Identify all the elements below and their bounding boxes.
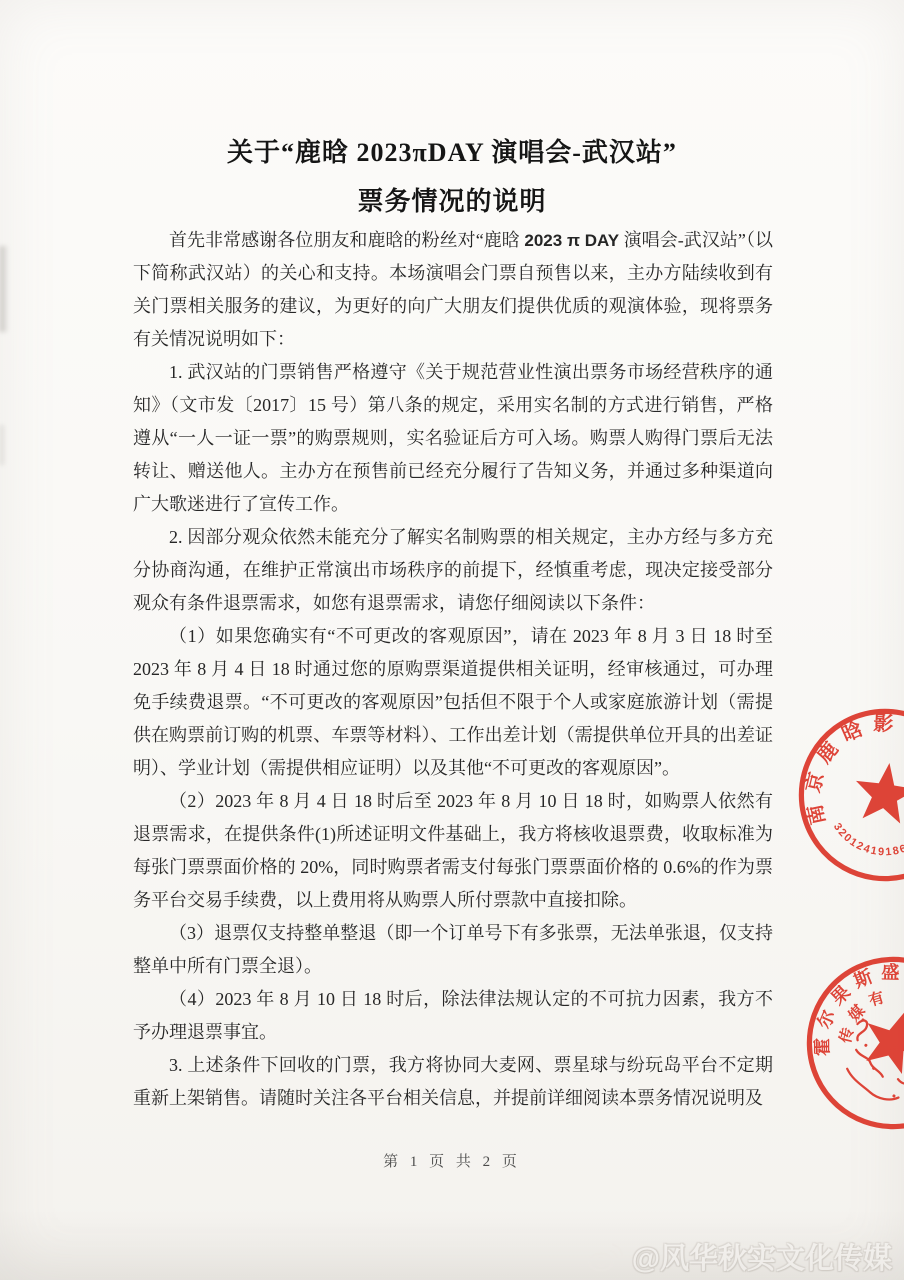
document-body: 首先非常感谢各位朋友和鹿晗的粉丝对“鹿晗 2023 π DAY 演唱会-武汉站”… xyxy=(133,224,773,1115)
intro-paragraph: 首先非常感谢各位朋友和鹿晗的粉丝对“鹿晗 2023 π DAY 演唱会-武汉站”… xyxy=(133,224,773,356)
red-seal-horgos-media-stamp: 霍尔果斯盛 传媒有 xyxy=(771,921,904,1165)
paragraph-condition-1-free-refund: （1）如果您确实有“不可更改的客观原因”，请在 2023 年 8 月 3 日 1… xyxy=(133,620,773,785)
paragraph-rule-2-refund-intro: 2. 因部分观众依然未能充分了解实名制购票的相关规定，主办方经与多方充分协商沟通… xyxy=(133,521,773,620)
seal-star-icon xyxy=(851,759,904,825)
svg-text:3201241918639: 3201241918639 xyxy=(828,820,904,864)
seal-credit-code-text: 3201241918639 xyxy=(828,820,904,864)
paragraph-condition-2-fee-refund: （2）2023 年 8 月 4 日 18 时后至 2023 年 8 月 10 日… xyxy=(133,785,773,917)
scanned-ticket-notice-page: 关于“鹿晗 2023πDAY 演唱会-武汉站” 票务情况的说明 首先非常感谢各位… xyxy=(0,0,904,1280)
scan-edge-smudge xyxy=(0,246,9,332)
paragraph-condition-4-deadline: （4）2023 年 8 月 10 日 18 时后，除法律法规认定的不可抗力因素，… xyxy=(133,983,773,1049)
paragraph-rule-1-realname-sales: 1. 武汉站的门票销售严格遵守《关于规范营业性演出票务市场经营秩序的通知》（文市… xyxy=(133,356,773,521)
intro-bold-event-name: 2023 π DAY xyxy=(524,231,619,250)
scan-bottom-shadow xyxy=(0,1210,904,1280)
document-title: 关于“鹿晗 2023πDAY 演唱会-武汉站” 票务情况的说明 xyxy=(0,128,904,226)
paragraph-rule-3-resale: 3. 上述条件下回收的门票，我方将协同大麦网、票星球与纷玩岛平台不定期重新上架销… xyxy=(133,1049,773,1115)
red-seal-nanjing-luhan-stamp: 南京鹿晗影 3201241918639 xyxy=(778,688,904,903)
page-number-footer: 第 1 页 共 2 页 xyxy=(0,1150,904,1171)
intro-text-start: 首先非常感谢各位朋友和鹿晗的粉丝对“鹿晗 xyxy=(169,230,524,250)
document-title-line-1: 关于“鹿晗 2023πDAY 演唱会-武汉站” xyxy=(0,128,904,177)
scan-edge-smudge-small xyxy=(0,425,6,465)
paragraph-condition-3-whole-order: （3）退票仅支持整单整退（即一个订单号下有多张票，无法单张退，仅支持整单中所有门… xyxy=(133,917,773,983)
document-title-line-2: 票务情况的说明 xyxy=(0,177,904,226)
